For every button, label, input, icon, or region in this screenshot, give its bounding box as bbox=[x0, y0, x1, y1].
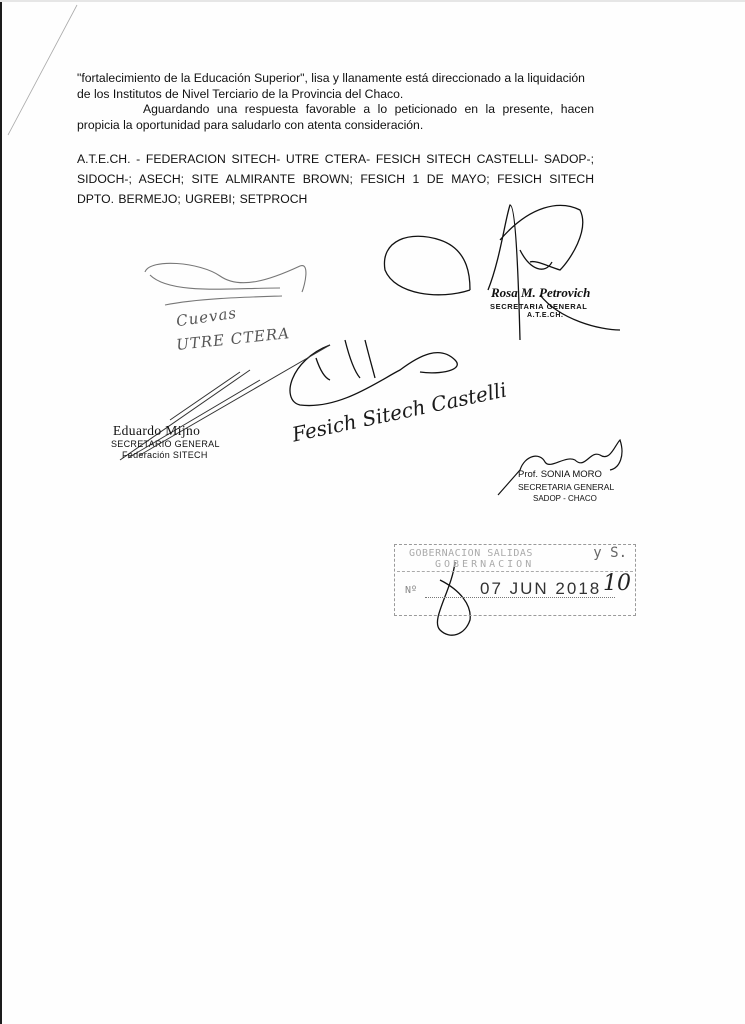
stamp-header: GOBERNACION SALIDAS bbox=[409, 548, 533, 559]
stamp-number-label: Nº bbox=[405, 585, 417, 596]
signatory-role-rosa: SECRETARIA GENERAL bbox=[490, 303, 587, 311]
handwritten-org-utre: UTRE CTERA bbox=[175, 324, 290, 354]
stamp-suffix: y S. bbox=[593, 545, 627, 561]
stamp-subheader: GOBERNACION bbox=[435, 559, 534, 570]
handwritten-name-cuevas: Cuevas bbox=[175, 304, 238, 330]
reception-stamp: GOBERNACION SALIDAS GOBERNACION y S. Nº … bbox=[394, 544, 636, 616]
farewell-paragraph: Aguardando una respuesta favorable a lo … bbox=[77, 102, 594, 133]
signatory-name-rosa: Rosa M. Petrovich bbox=[491, 286, 590, 299]
signatory-org-eduardo: Federación SITECH bbox=[122, 451, 208, 460]
paragraph-line: de los Institutos de Nivel Terciario de … bbox=[77, 87, 594, 103]
organizations-list: A.T.E.CH. - FEDERACION SITECH- UTRE CTER… bbox=[77, 149, 594, 209]
stamp-divider bbox=[397, 571, 633, 572]
document-page: "fortalecimiento de la Educación Superio… bbox=[0, 0, 745, 1024]
signatory-name-sonia: Prof. SONIA MORO bbox=[518, 470, 602, 480]
handwritten-org-fesich: Fesich Sitech Castelli bbox=[290, 378, 509, 447]
signatory-org-sonia: SADOP - CHACO bbox=[533, 495, 597, 503]
signatory-name-eduardo: Eduardo Mijno bbox=[113, 424, 200, 438]
stamp-date: 07 JUN 2018 bbox=[480, 579, 601, 599]
stamp-dotted-line bbox=[425, 597, 615, 598]
scan-edge bbox=[0, 0, 2, 1024]
stamp-folio: 10 bbox=[603, 571, 631, 596]
signatory-org-rosa: A.T.E.CH. bbox=[527, 312, 564, 319]
signatory-role-sonia: SECRETARIA GENERAL bbox=[518, 483, 614, 492]
scan-edge-top bbox=[0, 0, 745, 2]
signatory-role-eduardo: SECRETARIO GENERAL bbox=[111, 440, 220, 449]
closing-paragraph: "fortalecimiento de la Educación Superio… bbox=[77, 71, 594, 133]
paragraph-line: "fortalecimiento de la Educación Superio… bbox=[77, 71, 594, 87]
